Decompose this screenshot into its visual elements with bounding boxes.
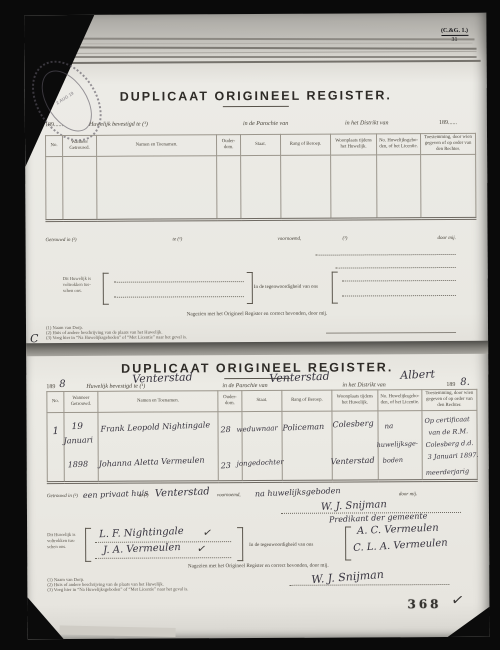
entry-consent-line4: 3 Januari 1897. — [428, 452, 479, 461]
page-number-stamp: 368 — [407, 597, 441, 611]
col-header-residence: Woonplaats tijdens het Huwelijk. — [330, 134, 376, 155]
col-header-banns: No. Huwelijksgebo- den, of het Licentie. — [376, 134, 420, 155]
witness-dotted-line — [342, 279, 456, 282]
entry-district: Albert — [400, 368, 435, 380]
witness-dotted-line — [342, 294, 456, 297]
entry-married-place-value: Venterstad — [155, 487, 210, 499]
witness-2-signature: C. L. A. Vermeulen — [353, 539, 448, 554]
entry-year-digit-left: 8 — [59, 380, 66, 390]
check-mark-icon: ✓ — [196, 542, 207, 556]
col-header-banns: No. Huwelijksgebo- den, of het Licentie. — [378, 390, 422, 411]
couple-dotted-line — [95, 556, 231, 559]
entry-date-year: 1898 — [68, 461, 89, 470]
check-mark-icon: ✓ — [450, 590, 465, 610]
register-sheet: (C.&G. 1.) 31 2 AUG 19 DUPLICAAT ORIGINE… — [24, 13, 489, 639]
page-edge-line — [31, 46, 477, 50]
officiant-title: Predikant der gemeente — [329, 512, 428, 524]
register-table-filled: No. Wanneer Getrouwd. Namen en Toenamen.… — [46, 389, 477, 484]
empty-register-row — [46, 154, 476, 220]
year-blank-right: 189...... — [439, 120, 457, 127]
couple-dotted-line — [114, 295, 244, 298]
col-header-no: No. — [46, 136, 63, 157]
year-blank-left: 189...... — [45, 122, 63, 129]
entry-place: Venterstad — [132, 371, 193, 384]
door-mij-label: door mij. — [399, 492, 417, 498]
footnote-3: (3) Voeg hier in “Na Huwelijksgeboden” o… — [47, 586, 188, 593]
photo-corner-shadow — [447, 607, 489, 637]
entry-occupation: Policeman — [282, 423, 324, 433]
presence-label: In de tegenwoordigheid van ons — [254, 285, 318, 291]
checked-statement: Nagezien met het Origineel Register en c… — [27, 562, 489, 570]
col-header-names: Namen en Toenamen. — [98, 391, 218, 413]
left-bracket — [103, 273, 109, 305]
married-te-label: te (¹) — [173, 237, 183, 243]
page-edge-line — [29, 60, 481, 64]
entry-date-month: Januari — [63, 436, 93, 445]
entry-row-no: 1 — [52, 427, 59, 437]
col-header-residence: Woonplaats tijdens het Huwelijk. — [332, 390, 378, 411]
signature-dotted-line — [336, 266, 456, 269]
left-bracket — [85, 528, 91, 562]
witness-1-signature: A. C. Vermeulen — [357, 524, 439, 537]
col-header-occupation: Rang of Beroep. — [280, 134, 330, 155]
parish-label: in de Parochie van — [243, 121, 288, 128]
entry-year-digit-right: 8. — [460, 378, 470, 388]
form-number: 31 — [428, 37, 480, 43]
entry-banns-line2: huwelijksge- — [377, 440, 419, 448]
entry-banns-line1: na — [384, 423, 393, 430]
check-mark-icon: ✓ — [202, 526, 213, 540]
title-underline — [223, 106, 289, 107]
entry-groom-residence: Colesberg — [332, 420, 373, 430]
form-code: (C.&G. 1.) — [441, 28, 468, 36]
entry-date-day: 19 — [71, 423, 83, 432]
register-title-upper: DUPLICAAT ORIGINEEL REGISTER. — [25, 89, 487, 104]
under-page-edge — [60, 625, 176, 637]
signature-dotted-line — [316, 253, 456, 256]
entry-consent-line5: meerderjarig — [426, 468, 470, 476]
form-code-block: (C.&G. 1.) 31 — [428, 19, 480, 43]
page-edge-line — [34, 38, 474, 41]
voornoemd-label: voornoemd, — [217, 493, 241, 499]
entry-married-method-value: na huwelijksgeboden — [255, 487, 341, 498]
entry-consent-line3: Colesberg d.d. — [426, 440, 474, 448]
col-header-when-married: Wanneer Getrouwd. — [64, 391, 98, 412]
left-bracket — [345, 527, 351, 561]
entry-bride-age: 23 — [221, 462, 232, 470]
entry-parish: Venterstad — [269, 371, 330, 384]
presence-label: In de tegenwoordigheid van ons — [249, 543, 313, 549]
col-header-names: Namen en Toenamen. — [96, 135, 216, 157]
solemnized-label-block: Dit Huwelijk is voltrokken tus- schen on… — [47, 532, 75, 551]
page-edge-line — [39, 51, 477, 54]
col-header-no: No. — [47, 392, 64, 413]
left-bracket — [332, 272, 338, 304]
col-header-consent: Toestemming, door wien gegeven of op ord… — [420, 133, 475, 154]
voornoemd-label: voornoemd, — [278, 237, 302, 243]
photographed-register-page: (C.&G. 1.) 31 2 AUG 19 DUPLICAAT ORIGINE… — [0, 0, 500, 650]
district-label: in het Distrikt van — [345, 120, 389, 127]
bride-signature: J. A. Vermeulen — [103, 543, 181, 556]
entry-banns-line3: boden — [383, 457, 404, 464]
married-in-label: Getrouwd in (²) — [46, 238, 77, 244]
note3-label: (³) — [343, 237, 348, 243]
married-in-label: Getrouwd in (²) — [47, 494, 78, 500]
col-header-status: Staat. — [240, 134, 280, 155]
entry-consent-line2: van de R.M. — [428, 428, 468, 436]
verify-signature-line — [326, 331, 456, 334]
col-header-when-married: Wanneer Getrouwd. — [62, 135, 96, 156]
married-te-label: te (¹) — [139, 494, 149, 500]
right-bracket — [247, 272, 253, 304]
photo-corner-shadow — [27, 597, 63, 639]
col-header-consent: Toestemming, door wien gegeven of op ord… — [422, 389, 477, 410]
page-fold-shadow — [26, 341, 488, 356]
checked-statement: Nagezien met het Origineel Register en c… — [26, 310, 488, 318]
confirmed-at-label: Huwelijk bevestigd te (¹) — [89, 122, 148, 129]
col-header-age: Ouder- dom. — [216, 135, 240, 156]
register-table-blank: No. Wanneer Getrouwd. Namen en Toenamen.… — [45, 133, 476, 222]
page-edge-line — [43, 43, 473, 45]
col-header-age: Ouder- dom. — [218, 391, 242, 412]
right-bracket — [237, 527, 243, 561]
page-edge-line — [33, 56, 477, 58]
entry-groom-age: 28 — [220, 426, 231, 434]
col-header-status: Staat. — [242, 390, 282, 411]
door-mij-label: door mij. — [438, 236, 456, 242]
couple-dotted-line — [114, 280, 244, 283]
footnote-3: (3) Voeg hier in “Na Huwelijksgeboden” o… — [46, 334, 187, 341]
solemnized-label-block: Dit Huwelijk is voltrokken tus- schen on… — [63, 276, 91, 295]
solemnized-line3: schen ons. — [47, 544, 75, 550]
groom-signature: L. F. Nightingale — [99, 527, 184, 540]
entry-consent-line1: Op certificaat — [424, 416, 469, 424]
col-header-occupation: Rang of Beroep. — [282, 390, 332, 411]
solemnized-line3: schen ons. — [63, 288, 91, 294]
